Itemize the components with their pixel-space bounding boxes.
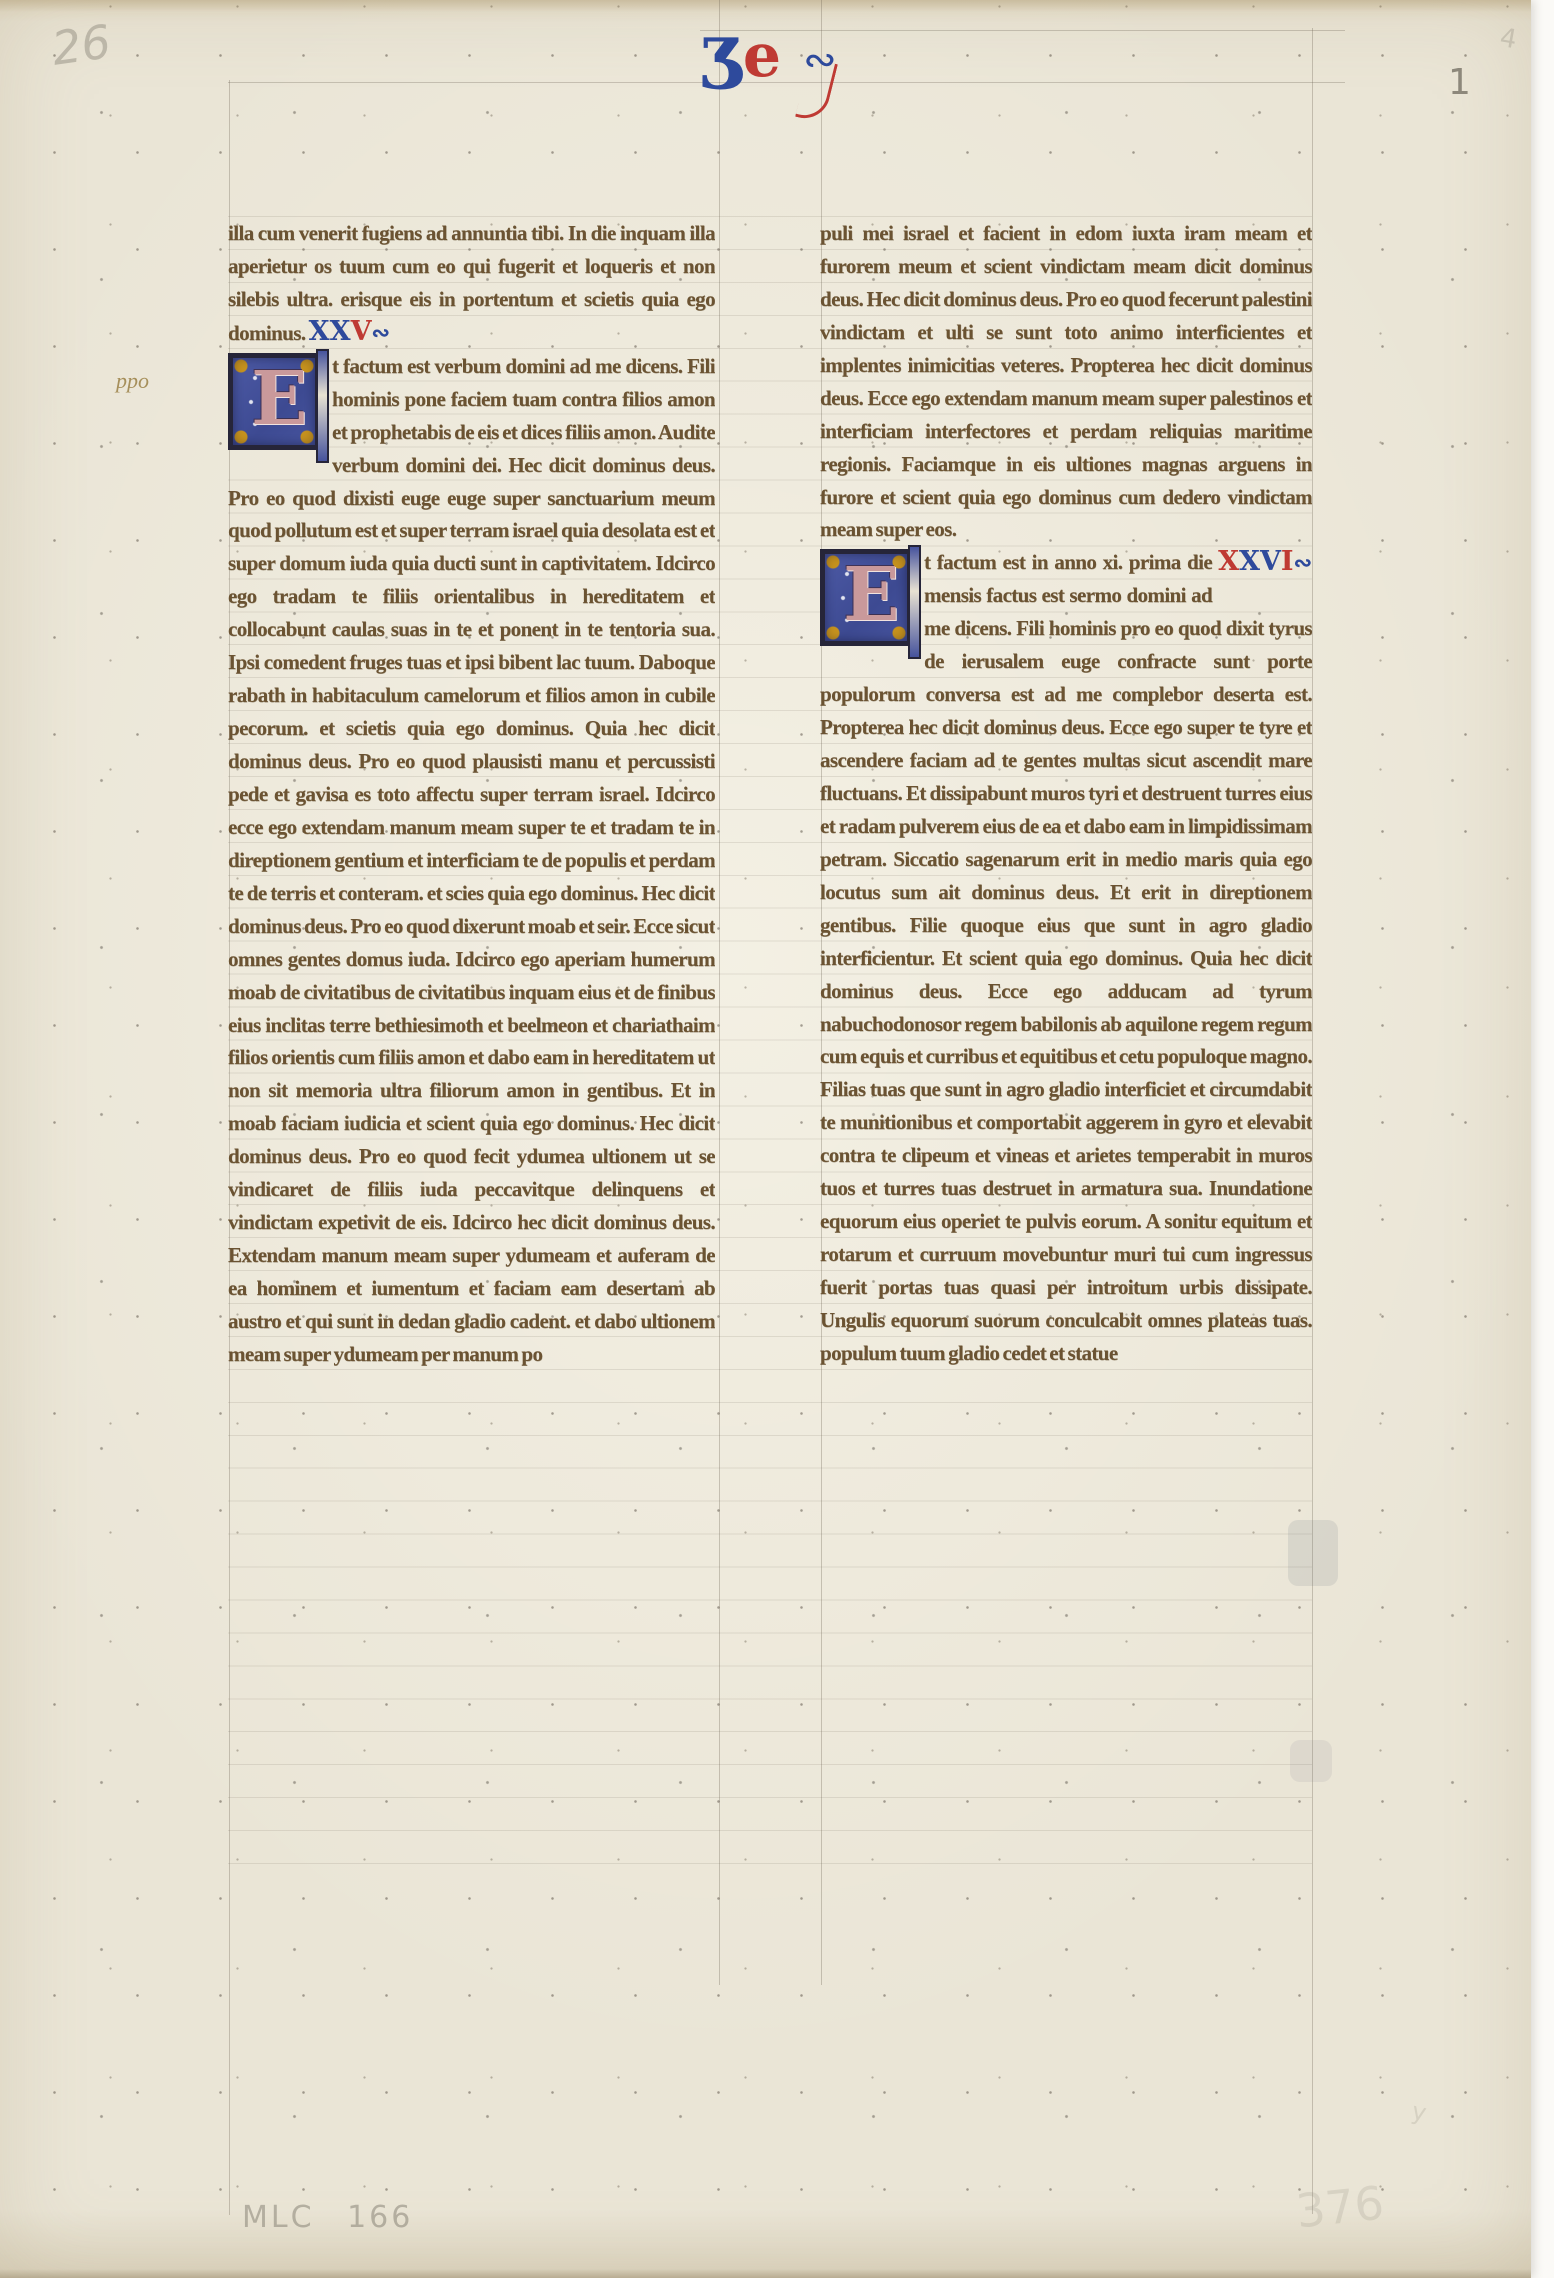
pencil-annotation-top-left: 26 bbox=[49, 14, 114, 76]
paragraph-chapter26: XXVI∾ E t factum est in anno xi. prima d… bbox=[820, 546, 1312, 1369]
paragraph-chapter25-continuation: puli mei israel et facient in edom iuxta… bbox=[820, 217, 1312, 546]
ink-margin-note: ppo bbox=[116, 368, 149, 394]
chapter24-end-text: illa cum venerit fugiens ad annuntia tib… bbox=[228, 221, 715, 345]
initial-border-bar bbox=[908, 545, 921, 659]
pencil-mark-top-right: 4 bbox=[1498, 23, 1520, 55]
chapter26-text: t factum est in anno xi. prima die mensi… bbox=[820, 550, 1312, 1365]
running-title-letter-e: e bbox=[743, 26, 781, 86]
running-title-ezechiel: ʒ e ∾ bbox=[700, 8, 837, 128]
numeral-letter: V bbox=[1260, 546, 1281, 577]
initial-border-bar bbox=[316, 349, 329, 463]
numeral-letter: V bbox=[351, 316, 372, 347]
ruling-line-gutter-left bbox=[719, 0, 720, 1985]
numeral-flourish: ∾ bbox=[372, 320, 390, 346]
numeral-letter: X bbox=[330, 316, 351, 347]
numeral-letter: X bbox=[1239, 546, 1260, 577]
paragraph-chapter24-end: illa cum venerit fugiens ad annuntia tib… bbox=[228, 217, 715, 350]
parchment-leaf: ʒ e ∾ 26 1 4 ppo MLC 166 376 y illa cum … bbox=[0, 0, 1531, 2278]
pencil-mark-right-margin: y bbox=[1409, 2097, 1429, 2127]
illuminated-initial-chapter26-zoomorphic: E bbox=[820, 549, 912, 646]
leaf-bottom-edge bbox=[0, 2269, 1531, 2278]
numeral-letter: X bbox=[1218, 546, 1239, 577]
pencil-annotation-bottom-right: 376 bbox=[1293, 2176, 1386, 2239]
pencil-shelfmark: MLC 166 bbox=[242, 2200, 413, 2235]
numeral-flourish: ∾ bbox=[1294, 550, 1312, 576]
chapter-numeral-xxv: XXV∾ bbox=[309, 316, 390, 347]
ruling-line-right-margin bbox=[1312, 28, 1313, 2214]
illuminated-initial-chapter25: E bbox=[228, 353, 320, 450]
folio-number: 1 bbox=[1448, 62, 1471, 103]
text-column-right: puli mei israel et facient in edom iuxta… bbox=[820, 217, 1312, 1870]
chapter-numeral-xxvi: XXVI∾ bbox=[1218, 546, 1312, 580]
manuscript-scan: ʒ e ∾ 26 1 4 ppo MLC 166 376 y illa cum … bbox=[0, 0, 1554, 2278]
numeral-letter: I bbox=[1281, 546, 1294, 577]
chapter25-continuation-text: puli mei israel et facient in edom iuxta… bbox=[820, 221, 1312, 541]
text-column-left: illa cum venerit fugiens ad annuntia tib… bbox=[228, 217, 715, 1870]
paragraph-chapter25: E t factum est verbum domini ad me dicen… bbox=[228, 350, 715, 1371]
numeral-letter: X bbox=[309, 316, 330, 347]
initial-letter-e: E bbox=[833, 552, 909, 638]
running-title-letter-z: ʒ bbox=[700, 14, 741, 86]
running-title-red-flourish bbox=[795, 57, 838, 123]
chapter25-text: t factum est verbum domini ad me dicens.… bbox=[228, 354, 715, 1366]
initial-letter-e: E bbox=[241, 356, 317, 442]
